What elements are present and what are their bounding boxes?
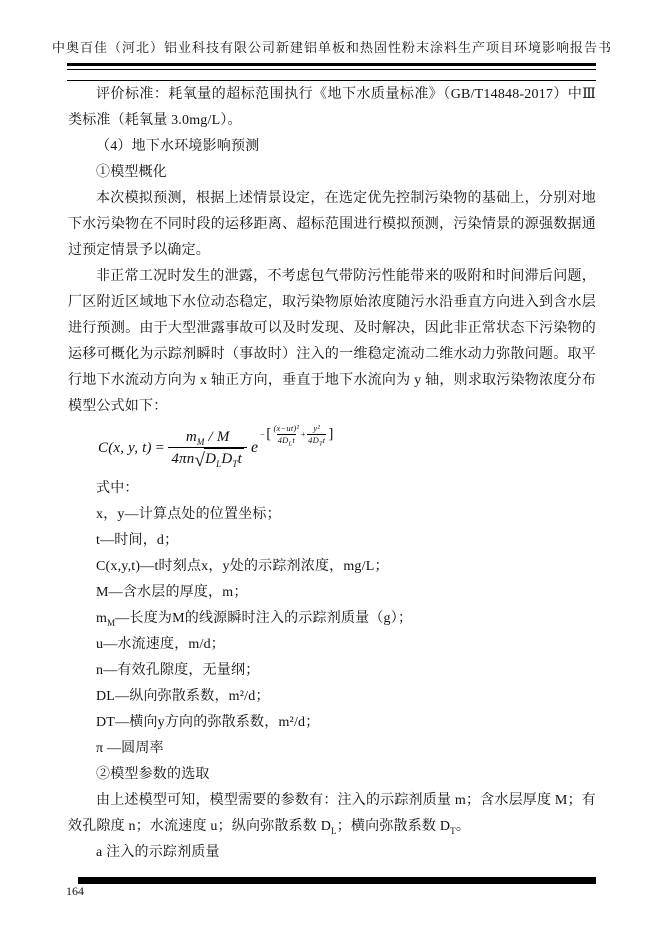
definition-item: mM—长度为M的线源瞬时注入的示踪剂质量（g）； bbox=[68, 606, 596, 632]
para-tracer-mass-heading: a 注入的示踪剂质量 bbox=[68, 840, 596, 866]
definition-item: x，y—计算点处的位置坐标； bbox=[68, 502, 596, 528]
euler-e: e bbox=[251, 435, 258, 461]
definition-item: DL—纵向弥散系数，m²/d； bbox=[68, 684, 596, 710]
exponent-fraction-y: y²4DTt bbox=[307, 423, 326, 444]
definition-item: π —圆周率 bbox=[68, 736, 596, 762]
definition-item: M—含水层的厚度，m； bbox=[68, 580, 596, 606]
document-body: 评价标准：耗氧量的超标范围执行《地下水质量标准》（GB/T14848-2017）… bbox=[68, 81, 596, 866]
definition-item: u—水流速度，m/d； bbox=[68, 632, 596, 658]
definition-item: DT—横向y方向的弥散系数，m²/d； bbox=[68, 710, 596, 736]
para-eval-standard: 评价标准：耗氧量的超标范围执行《地下水质量标准》（GB/T14848-2017）… bbox=[68, 82, 596, 134]
formula-exponent: −[ (x−ut)²4DLt + y²4DTt ] bbox=[259, 423, 334, 444]
formula-main-fraction: mM / M 4πn√DLDTt bbox=[168, 428, 247, 469]
concentration-distribution-formula: C(x, y, t) = mM / M 4πn√DLDTt e −[ (x−ut… bbox=[98, 420, 596, 476]
para-abnormal-condition: 非正常工况时发生的泄露，不考虑包气带防污性能带来的吸附和时间滞后问题，厂区附近区… bbox=[68, 264, 596, 420]
symbol-definitions-list: 式中： x，y—计算点处的位置坐标； t—时间，d； C(x,y,t)—t时刻点… bbox=[68, 476, 596, 762]
page-number: 164 bbox=[66, 884, 84, 899]
para-model-params-heading: ②模型参数的选取 bbox=[68, 762, 596, 788]
fraction-numerator: mM / M bbox=[180, 428, 236, 447]
para-model-generalization-heading: ①模型概化 bbox=[68, 160, 596, 186]
exponent-fraction-x: (x−ut)²4DLt bbox=[273, 423, 299, 444]
definition-item: t—时间，d； bbox=[68, 528, 596, 554]
para-simulation-prediction: 本次模拟预测，根据上述情景设定，在选定优先控制污染物的基础上，分别对地下水污染物… bbox=[68, 186, 596, 264]
header-rule-double bbox=[67, 63, 596, 70]
equals-sign: = bbox=[152, 435, 169, 461]
where-label: 式中： bbox=[68, 476, 596, 502]
para-params-needed: 由上述模型可知，模型需要的参数有：注入的示踪剂质量 m；含水层厚度 M；有效孔隙… bbox=[68, 788, 596, 840]
document-page: 中奥百佳（河北）铝业科技有限公司新建铝单板和热固性粉末涂料生产项目环境影响报告书… bbox=[0, 0, 664, 930]
fraction-denominator: 4πn√DLDTt bbox=[168, 447, 247, 469]
formula-lhs: C(x, y, t) bbox=[98, 435, 152, 461]
footer-rule-bar bbox=[78, 877, 596, 884]
definition-item: C(x,y,t)—t时刻点x，y处的示踪剂浓度，mg/L； bbox=[68, 554, 596, 580]
definition-item: n—有效孔隙度，无量纲； bbox=[68, 658, 596, 684]
page-header-title: 中奥百佳（河北）铝业科技有限公司新建铝单板和热固性粉末涂料生产项目环境影响报告书 bbox=[0, 0, 664, 55]
para-section-4-heading: （4）地下水环境影响预测 bbox=[68, 134, 596, 160]
square-root: √DLDTt bbox=[194, 448, 244, 469]
